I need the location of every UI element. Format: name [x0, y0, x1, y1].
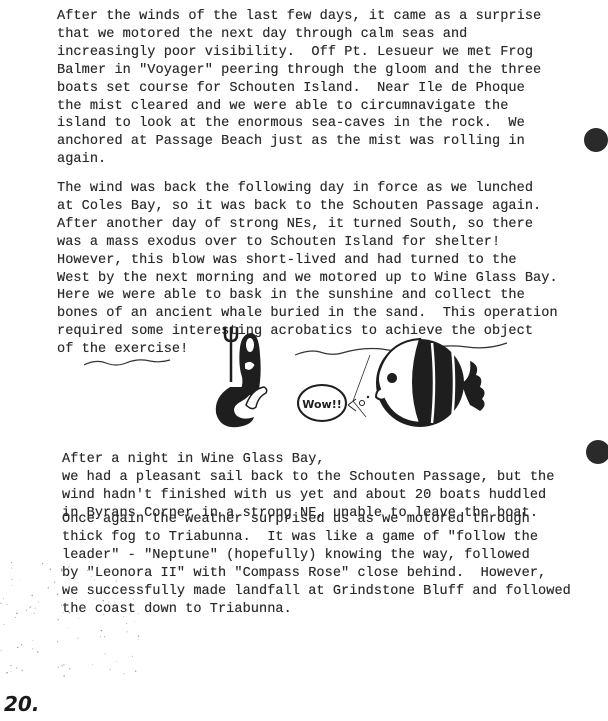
svg-text:Wow!!: Wow!!	[302, 398, 342, 411]
scan-noise	[0, 560, 140, 680]
fish-icon	[376, 339, 485, 427]
mermaid-icon	[216, 327, 267, 427]
punch-hole	[586, 440, 608, 464]
paragraph-passage-beach: After the winds of the last few days, it…	[57, 8, 541, 169]
punch-hole	[584, 128, 608, 152]
mermaid-fish-illustration: Wow!!	[70, 325, 540, 435]
speech-bubble: Wow!!	[298, 385, 356, 421]
document-page: After the winds of the last few days, it…	[0, 0, 608, 721]
page-number: 20.	[4, 692, 39, 716]
